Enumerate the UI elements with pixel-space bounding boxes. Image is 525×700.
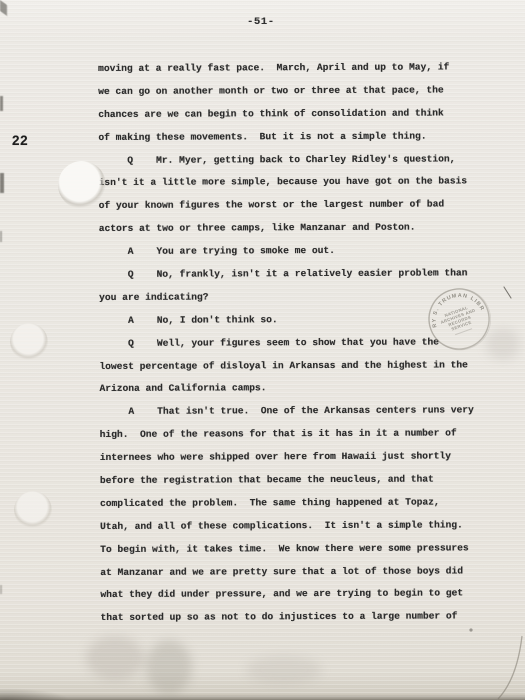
scan-edge-artifact <box>0 231 2 242</box>
text-line: lowest percentage of disloyal in Arkansa… <box>99 354 473 379</box>
text-line: To begin with, it takes time. We know th… <box>100 537 474 562</box>
scan-edge-artifact <box>0 585 2 594</box>
text-line: Utah, and all of these complications. It… <box>100 514 474 539</box>
text-line: chances are we can begin to think of con… <box>98 102 472 127</box>
text-line: complicated the problem. The same thing … <box>100 491 474 516</box>
ink-speck <box>469 628 472 631</box>
page-number: -51- <box>247 16 275 28</box>
text-line: moving at a really fast pace. March, Apr… <box>98 56 472 81</box>
scan-edge-artifact <box>0 96 3 111</box>
text-line: of making these movements. But it is not… <box>98 125 472 150</box>
page-corner-shadow <box>0 688 70 700</box>
text-line: internees who were shipped over here fro… <box>100 446 474 471</box>
pen-stray-mark <box>504 287 511 298</box>
text-line: we can go on another month or two or thr… <box>98 79 472 104</box>
text-line: of your known figures the worst or the l… <box>99 194 473 219</box>
text-line: actors at two or three camps, like Manza… <box>99 217 473 242</box>
stain-smudge <box>86 636 144 680</box>
text-line: before the registration that became the … <box>100 468 474 493</box>
text-line: what they did under pressure, and we are… <box>100 583 474 608</box>
punch-hole <box>14 491 52 529</box>
scanned-document-page: -51- 22 moving at a really fast pace. Ma… <box>0 0 525 700</box>
text-line: isn't it a little more simple, because y… <box>98 171 472 196</box>
text-line: Q Well, your figures seem to show that y… <box>99 331 473 356</box>
text-line: you are indicating? <box>99 285 473 310</box>
text-line: Q No, frankly, isn't it a relatively eas… <box>99 262 473 287</box>
text-line: Q Mr. Myer, getting back to Charley Ridl… <box>98 148 472 173</box>
text-line: Arizona and California camps. <box>99 377 473 402</box>
text-line: high. One of the reasons for that is it … <box>100 423 474 448</box>
page-curl-line <box>498 636 522 699</box>
stain-smudge <box>486 328 520 360</box>
punch-hole <box>10 323 48 361</box>
stain-smudge <box>246 656 322 684</box>
text-line: A That isn't true. One of the Arkansas c… <box>99 400 473 425</box>
text-line: A No, I don't think so. <box>99 308 473 333</box>
text-line: A You are trying to smoke me out. <box>99 239 473 264</box>
text-line: that sorted up so as not to do injustice… <box>100 606 474 631</box>
scan-edge-artifact <box>0 173 4 193</box>
margin-frame-number: 22 <box>12 133 28 148</box>
scan-edge-artifact <box>0 0 7 16</box>
text-line: at Manzanar and we are pretty sure that … <box>100 560 474 585</box>
stain-smudge <box>146 640 192 694</box>
page-bottom-shadow <box>0 694 525 700</box>
transcript-text-block: moving at a really fast pace. March, Apr… <box>98 56 475 630</box>
